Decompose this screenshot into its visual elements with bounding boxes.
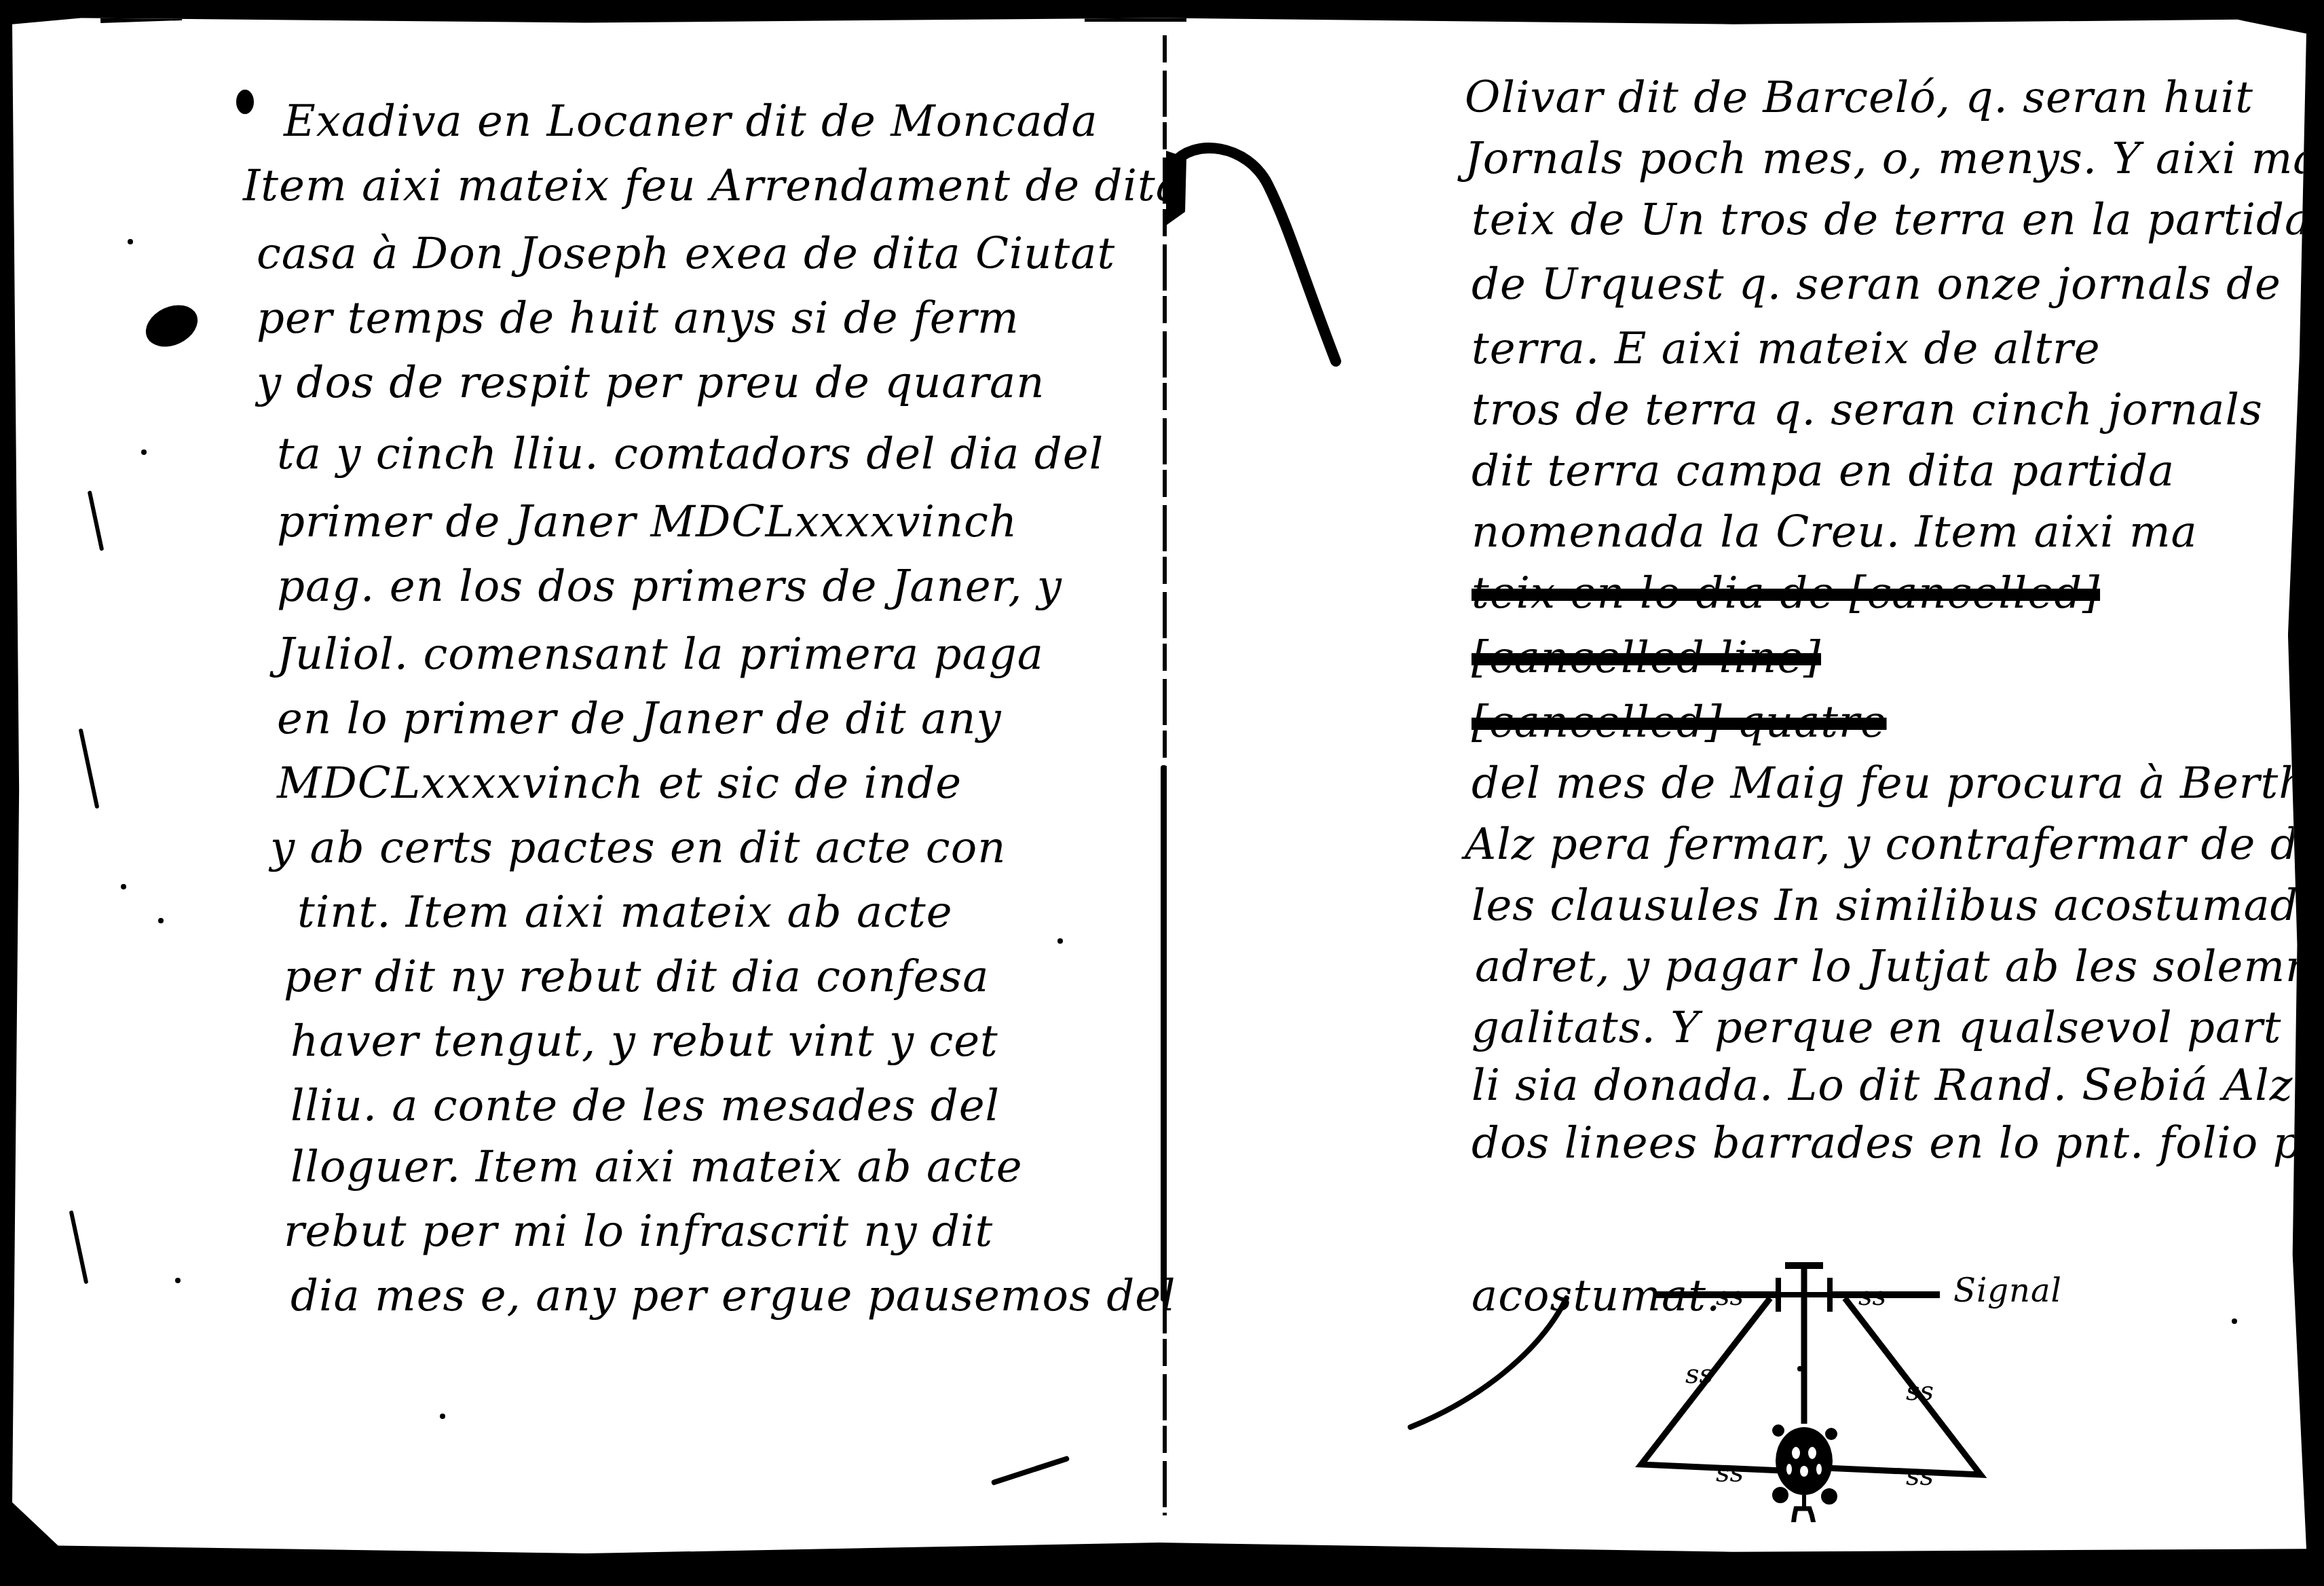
text-line: tros de terra q. seran cinch jornals [1472,388,2263,432]
text-line: pag. en los dos primers de Janer, y [277,565,1062,608]
text-line: lliu. a conte de les mesades del [290,1084,1000,1128]
ink-speck [175,1278,181,1283]
text-line: y ab certs pactes en dit acte con [270,826,1006,870]
signature-flourish-stroke [1397,1291,1600,1441]
ink-speck [158,918,164,923]
text-line: per dit ny rebut dit dia confesa [284,955,989,999]
text-line: Item aixi mateix feu Arrendament de dita [243,164,1182,208]
margin-stroke [88,490,105,551]
ink-speck [440,1414,445,1419]
top-edge-mark [100,14,182,23]
top-edge-mark [1085,15,1186,22]
text-line: les clausules In similibus acostumades e… [1472,884,2324,927]
svg-text:ss: ss [1906,1460,1934,1492]
pen-stroke [991,1456,1070,1486]
text-line-struck: [cancelled line] [1472,636,1821,680]
text-line: y dos de respit per preu de quaran [257,361,1045,405]
text-line: Juliol. comensant la primera paga [277,633,1044,676]
text-line: de Urquest q. seran onze jornals de [1472,263,2281,306]
text-line: dos linees barrades en lo pnt. folio pos… [1472,1122,2324,1165]
text-line: li sia donada. Lo dit Rand. Sebiá Alz ab… [1472,1064,2324,1107]
text-line: teix de Un tros de terra en la partida [1472,198,2311,242]
text-line: Olivar dit de Barceló, q. seran huit [1465,76,2253,119]
margin-stroke [69,1211,89,1285]
ink-speck [121,884,126,889]
ink-speck [128,239,133,244]
text-line: Exadiva en Locaner dit de Moncada [284,100,1098,143]
ink-speck [2232,1318,2237,1324]
scan-background: Exadiva en Locaner dit de Moncada Item a… [0,0,2324,1586]
svg-text:ss: ss [1858,1280,1886,1312]
text-line: galitats. Y perque en qualsevol part ple… [1472,1006,2324,1050]
text-line: rebut per mi lo infrascrit ny dit [284,1210,993,1253]
text-line: en lo primer de Janer de dit any [277,697,1002,741]
text-line: haver tengut, y rebut vint y cet [290,1020,998,1063]
text-line-partially-struck: [cancelled] quatre [1472,701,1887,744]
text-line: terra. E aixi mateix de altre [1472,327,2101,371]
text-line: MDCLxxxxvinch et sic de inde [277,762,962,805]
text-line: lloguer. Item aixi mateix ab acte [290,1145,1023,1189]
text-line: Alz pera fermar, y contrafermar de dret … [1465,823,2324,866]
text-line: ta y cinch lliu. comtadors del dia del [277,432,1104,476]
text-line: per temps de huit anys si de ferm [257,297,1019,340]
text-line: dit terra campa en dita partida [1472,449,2175,493]
text-line: nomenada la Creu. Item aixi ma [1472,511,2198,554]
svg-text:ss: ss [1716,1457,1744,1488]
svg-text:ss: ss [1716,1280,1744,1312]
ink-blot [139,297,204,355]
text-line: tint. Item aixi mateix ab acte [297,891,953,934]
center-fold-ink-line [1161,765,1167,1302]
svg-text:ss: ss [1906,1376,1934,1407]
text-line: Jornals poch mes, o, menys. Y aixi ma [1465,137,2319,181]
ink-speck [141,449,147,455]
svg-text:ss: ss [1685,1359,1713,1390]
bottom-edge-mark [803,1566,844,1577]
text-line: adret, y pagar lo Jutjat ab les solemnit… [1475,945,2324,989]
text-line: dia mes e, any per ergue pausemos del [290,1274,1176,1318]
text-line-partially-struck: teix en lo dia de [cancelled] [1472,572,2100,615]
margin-stroke [79,729,100,809]
text-line: primer de Janer MDCLxxxxvinch [277,500,1017,544]
ink-speck [1057,938,1063,944]
ink-blot [236,90,254,114]
text-line: del mes de Maig feu procura à Berthomeu … [1472,762,2324,805]
text-line: casa à Don Joseph exea de dita Ciutat [257,232,1115,276]
manuscript-sheet: Exadiva en Locaner dit de Moncada Item a… [12,15,2306,1564]
gutter-ink-stroke [1166,137,1343,395]
